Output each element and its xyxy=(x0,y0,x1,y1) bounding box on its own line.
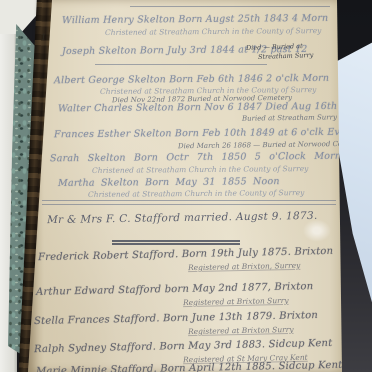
marriage-divider-upper xyxy=(112,240,240,242)
section-rule-upper xyxy=(42,200,336,201)
register-entry-william-christening: Christened at Streatham Church in the Co… xyxy=(105,26,321,37)
register-entry-sarah-christening: Christened at Streatham Church in the Co… xyxy=(92,164,308,175)
register-page: William Henry Skelton Born Augst 25th 18… xyxy=(28,0,342,372)
register-entry-walter-charles-skelton: Walter Charles Skelton Born Nov 6 1847 D… xyxy=(58,101,366,115)
marriage-divider-lower xyxy=(112,243,240,245)
joseph-death-annotation-2: Streatham Surry xyxy=(258,51,314,61)
register-entry-frances-death-note: Died March 26 1868 — Buried at Norwood C… xyxy=(178,140,363,151)
register-entry-martha-skelton: Martha Skelton Born May 31 1855 Noon xyxy=(58,176,280,189)
photo-of-register-page: William Henry Skelton Born Augst 25th 18… xyxy=(0,0,372,372)
register-entry-william-henry-skelton: William Henry Skelton Born Augst 25th 18… xyxy=(62,13,328,26)
top-partial-rule xyxy=(130,6,330,7)
register-entry-albert-george-skelton: Albert George Skelton Born Feb 6th 1846 … xyxy=(54,73,329,86)
register-entry-martha-christening: Christened at Streatham Church in the Co… xyxy=(88,188,304,199)
register-entry-arthur-registration: Registered at Brixton Surry xyxy=(183,296,289,307)
register-entry-sarah-skelton: Sarah Skelton Born Octr 7th 1850 5 o'Clo… xyxy=(50,151,341,165)
entry-underline xyxy=(95,64,267,65)
register-entry-walter-burial-note: Buried at Streatham Surry xyxy=(242,113,337,122)
register-entry-frances-skelton: Frances Esther Skelton Born Feb 10th 184… xyxy=(54,127,346,141)
margin-ink-mark: 1 xyxy=(41,33,46,42)
marriage-record-stafford: Mr & Mrs F. C. Stafford married. Augst 9… xyxy=(47,210,318,226)
register-entry-frederick-registration: Registered at Brixton, Surrey xyxy=(188,261,301,272)
section-rule-lower xyxy=(42,204,336,205)
register-entry-stella-registration: Registered at Brixton Surry xyxy=(188,325,294,336)
